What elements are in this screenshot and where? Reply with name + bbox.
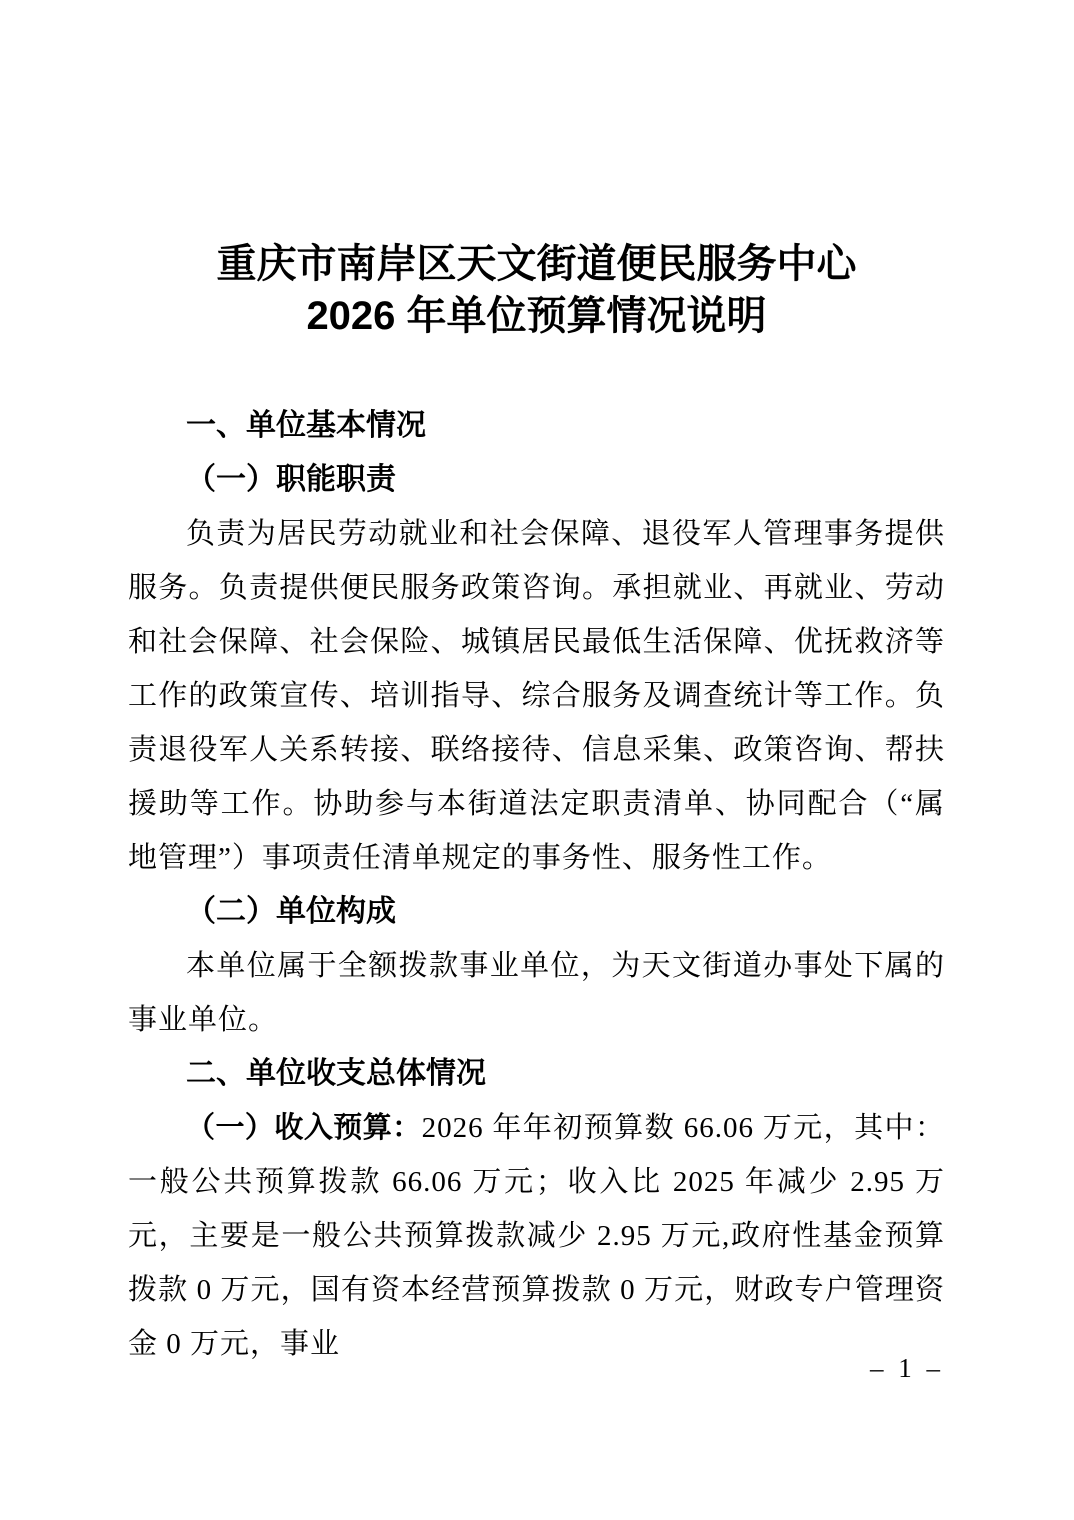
subsection-heading-composition: （二）单位构成: [128, 885, 945, 939]
section-heading-revenue-expenditure: 二、单位收支总体情况: [128, 1047, 945, 1101]
section-heading-basic-info: 一、单位基本情况: [128, 399, 945, 453]
paragraph-income-budget: （一）收入预算：2026 年年初预算数 66.06 万元，其中：一般公共预算拨款…: [128, 1101, 945, 1371]
paragraph-income-budget-lead: （一）收入预算：: [186, 1112, 422, 1144]
document-content: 重庆市南岸区天文街道便民服务中心 2026 年单位预算情况说明 一、单位基本情况…: [128, 0, 945, 1371]
document-page: 重庆市南岸区天文街道便民服务中心 2026 年单位预算情况说明 一、单位基本情况…: [0, 0, 1074, 1520]
document-title-line2: 2026 年单位预算情况说明: [128, 290, 945, 342]
document-body: 一、单位基本情况 （一）职能职责 负责为居民劳动就业和社会保障、退役军人管理事务…: [128, 399, 945, 1371]
paragraph-income-budget-text: 2026 年年初预算数 66.06 万元，其中：一般公共预算拨款 66.06 万…: [128, 1112, 945, 1360]
paragraph-duties: 负责为居民劳动就业和社会保障、退役军人管理事务提供服务。负责提供便民服务政策咨询…: [128, 507, 945, 885]
paragraph-composition: 本单位属于全额拨款事业单位，为天文街道办事处下属的事业单位。: [128, 939, 945, 1047]
document-title: 重庆市南岸区天文街道便民服务中心 2026 年单位预算情况说明: [128, 238, 945, 342]
page-number: – 1 –: [870, 1350, 944, 1386]
document-title-line1: 重庆市南岸区天文街道便民服务中心: [128, 238, 945, 290]
subsection-heading-duties: （一）职能职责: [128, 453, 945, 507]
